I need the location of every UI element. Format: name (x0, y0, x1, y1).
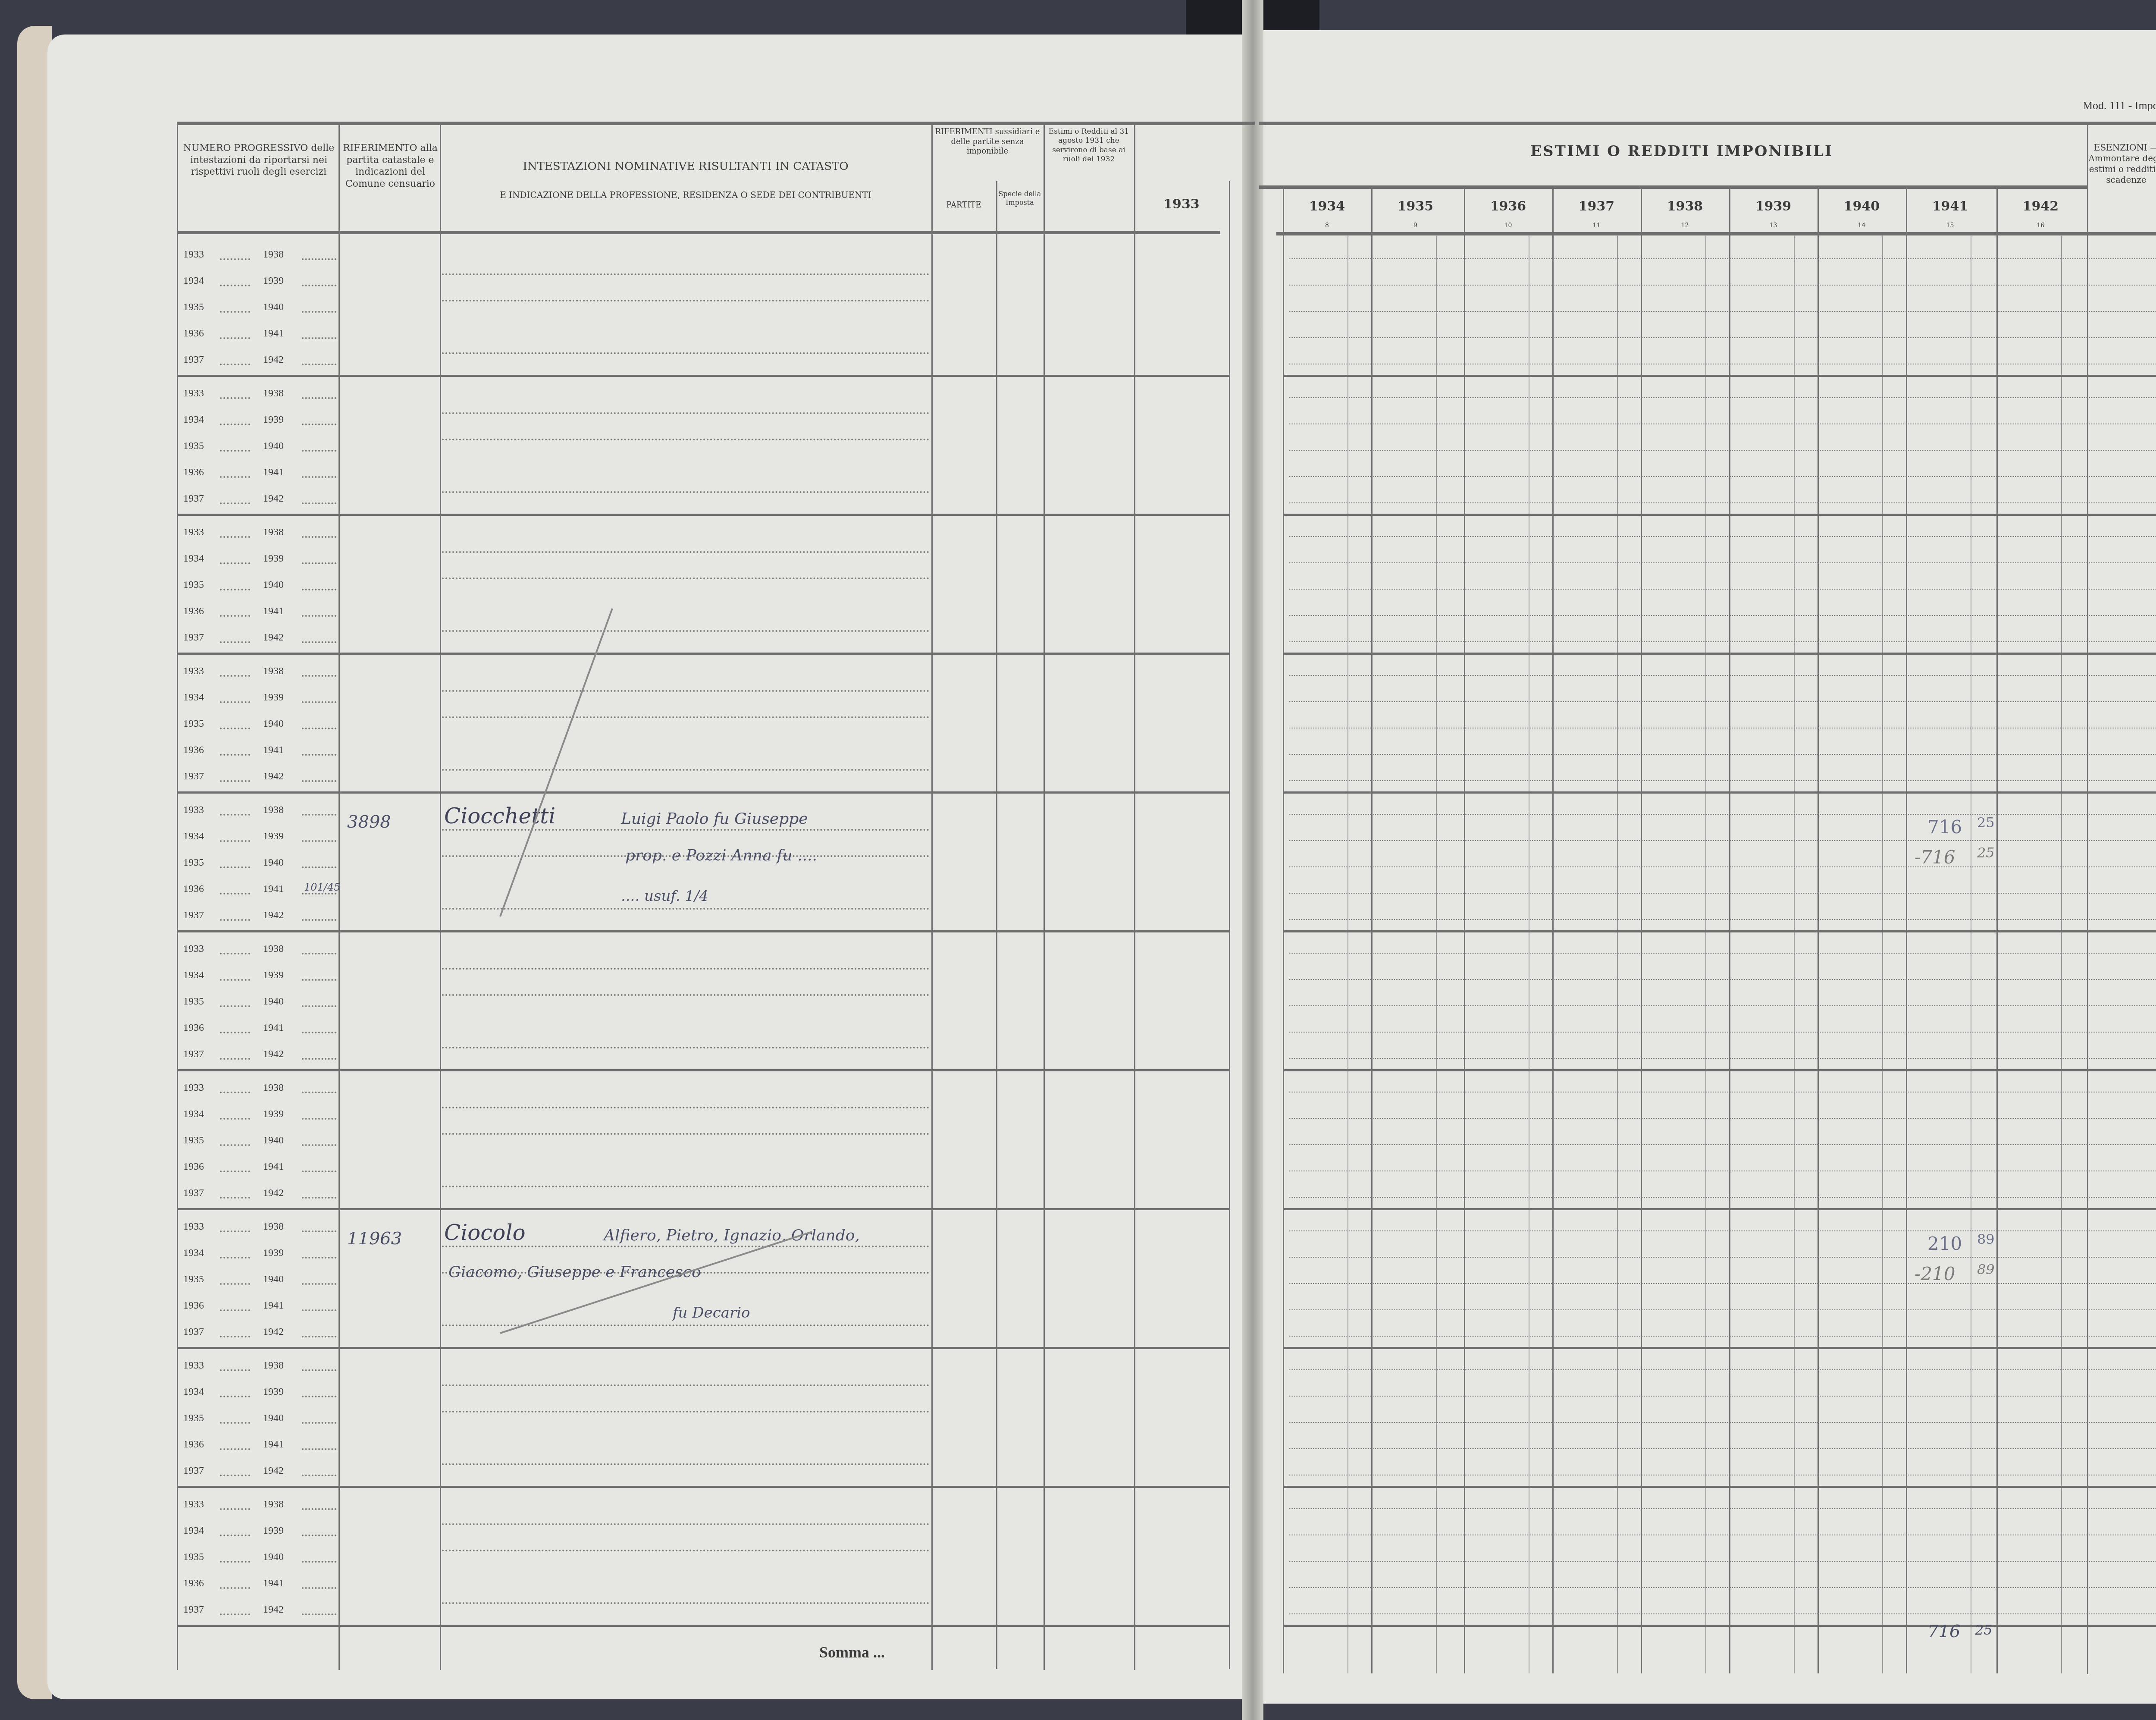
page-stack-left (17, 26, 52, 1699)
right-title: ESTIMI O REDDITI IMPONIBILI (1294, 142, 2070, 161)
year-b: 1940 (263, 996, 284, 1008)
year-b: 1942 (263, 771, 284, 782)
year-a: 1934 (183, 553, 204, 565)
block-rule-right (1283, 375, 2156, 377)
year-a: 1935 (183, 301, 204, 313)
dotted-line (302, 1144, 336, 1146)
amount-1941: 716 (1927, 816, 1962, 838)
entry-detail-3: fu Decario (673, 1304, 750, 1321)
dotted-line (302, 675, 336, 677)
dotted-line (220, 1396, 250, 1397)
riferimento-2: 101/45 (304, 881, 340, 893)
entry-detail-1: Alfiero, Pietro, Ignazio, Orlando, (604, 1227, 860, 1244)
right-col-div (2087, 122, 2088, 1674)
year-header: 1941 (1906, 198, 1994, 215)
dotted-line (302, 1257, 336, 1259)
col-number: 14 (1818, 222, 1906, 230)
year-a: 1937 (183, 632, 204, 643)
year-b: 1942 (263, 632, 284, 643)
year-b: 1938 (263, 249, 284, 261)
form-code: Mod. 111 - Imposte Dirette (Intercalare)… (2083, 99, 2156, 112)
year-a: 1934 (183, 970, 204, 981)
somma-label: Somma ... (819, 1643, 885, 1661)
header-col1: NUMERO PROGRESSIVO delle intestazioni da… (179, 142, 338, 178)
amount-1941: 210 (1927, 1233, 1962, 1254)
dotted-line (302, 1230, 336, 1232)
dotted-line (1289, 1230, 2156, 1231)
year-b: 1939 (263, 1386, 284, 1398)
left-col-div (931, 122, 933, 1670)
dotted-line (220, 1422, 250, 1424)
year-b: 1942 (263, 1465, 284, 1477)
year-b: 1941 (263, 1578, 284, 1589)
cents-col-div (1347, 235, 1348, 1673)
dotted-line (220, 1257, 250, 1259)
block-rule-left (177, 791, 1229, 794)
dotted-line (1289, 311, 2156, 312)
year-a: 1937 (183, 354, 204, 366)
dotted-line (302, 754, 336, 756)
riferimento: 3898 (347, 812, 391, 832)
name-line (442, 412, 929, 414)
year-a: 1937 (183, 771, 204, 782)
dotted-line (1289, 641, 2156, 642)
name-line (442, 1463, 929, 1465)
dotted-line (220, 701, 250, 703)
dotted-line (302, 919, 336, 921)
cents-1941: 25 (1977, 814, 1995, 831)
name-line (442, 300, 929, 301)
year-header: 1937 (1552, 198, 1641, 215)
year-a: 1937 (183, 493, 204, 505)
dotted-line (220, 258, 250, 260)
dotted-line (302, 424, 336, 425)
block-rule-right (1283, 653, 2156, 655)
dotted-line (1289, 1197, 2156, 1198)
amount-1941-cancel: -210 (1915, 1263, 1955, 1284)
year-b: 1938 (263, 527, 284, 538)
dotted-line (220, 1032, 250, 1033)
dotted-line (1289, 1118, 2156, 1119)
dotted-line (302, 1058, 336, 1060)
dotted-line (1289, 866, 2156, 867)
dotted-line (220, 1587, 250, 1589)
dotted-line (1289, 285, 2156, 286)
dotted-line (302, 1005, 336, 1007)
year-b: 1938 (263, 388, 284, 399)
cents-col-div (2061, 235, 2062, 1673)
year-b: 1941 (263, 744, 284, 756)
header-col2: RIFERIMENTO alla partita catastale e ind… (341, 142, 440, 190)
dotted-line (1289, 814, 2156, 815)
somma-1941: 716 (1927, 1622, 1960, 1642)
dotted-line (220, 1535, 250, 1536)
col-number: 15 (1906, 222, 1994, 230)
dotted-line (302, 1396, 336, 1397)
year-a: 1936 (183, 883, 204, 895)
block-rule-right (1283, 1069, 2156, 1071)
year-b: 1940 (263, 1274, 284, 1285)
dotted-line (302, 589, 336, 590)
year-header: 1939 (1729, 198, 1818, 215)
name-line (442, 908, 929, 910)
dotted-line (1289, 840, 2156, 841)
dotted-line (220, 754, 250, 756)
name-line (442, 578, 929, 579)
dotted-line (1289, 1422, 2156, 1423)
year-a: 1933 (183, 388, 204, 399)
dotted-line (302, 1535, 336, 1536)
dotted-line (220, 1283, 250, 1285)
block-rule-left (177, 1347, 1229, 1349)
year-a: 1937 (183, 1604, 204, 1616)
year-a: 1937 (183, 1048, 204, 1060)
right-sub-rule (1259, 185, 2087, 189)
dotted-line (302, 1092, 336, 1093)
year-b: 1941 (263, 1439, 284, 1450)
dotted-line (302, 780, 336, 782)
name-line (442, 1107, 929, 1108)
dotted-line (220, 1092, 250, 1093)
dotted-line (302, 1118, 336, 1120)
dotted-line (1289, 1171, 2156, 1171)
dotted-line (1289, 1508, 2156, 1509)
year-a: 1933 (183, 249, 204, 261)
block-rule-right (1283, 1347, 2156, 1349)
name-line (442, 1133, 929, 1135)
name-line (442, 1246, 929, 1247)
entry-detail-2: prop. e Pozzi Anna fu .... (625, 847, 817, 864)
dotted-line (302, 562, 336, 564)
dotted-line (220, 502, 250, 504)
dotted-line (302, 641, 336, 643)
dotted-line (220, 1144, 250, 1146)
year-a: 1933 (183, 1499, 204, 1510)
header-specie: Specie della Imposta (996, 190, 1044, 207)
name-line (442, 1186, 929, 1187)
name-line (442, 716, 929, 718)
dotted-line (302, 536, 336, 538)
dotted-line (220, 1475, 250, 1476)
dotted-line (220, 641, 250, 643)
cents-col-div (1882, 235, 1883, 1673)
year-b: 1939 (263, 1247, 284, 1259)
block-rule-right (1283, 1208, 2156, 1210)
dotted-line (302, 450, 336, 452)
block-rule-left (177, 930, 1229, 932)
year-a: 1934 (183, 1386, 204, 1398)
name-line (442, 491, 929, 493)
year-b: 1942 (263, 1048, 284, 1060)
dotted-line (1289, 1005, 2156, 1006)
dotted-line (220, 615, 250, 617)
dotted-line (220, 866, 250, 868)
left-header-rule (177, 231, 1220, 234)
year-b: 1938 (263, 1082, 284, 1094)
dotted-line (220, 893, 250, 895)
block-rule-right (1283, 1486, 2156, 1488)
name-line (442, 551, 929, 553)
name-line (442, 352, 929, 354)
year-a: 1936 (183, 1300, 204, 1312)
header-col6: Estimi o Redditi al 31 agosto 1931 che s… (1044, 127, 1134, 164)
year-a: 1936 (183, 467, 204, 478)
year-b: 1942 (263, 1326, 284, 1338)
dotted-line (302, 728, 336, 729)
dotted-line (1289, 424, 2156, 424)
dotted-line (220, 1369, 250, 1371)
entry-detail-3: .... usuf. 1/4 (621, 888, 708, 905)
dotted-line (302, 337, 336, 339)
year-a: 1937 (183, 1465, 204, 1477)
dotted-line (220, 814, 250, 816)
dotted-line (1289, 780, 2156, 781)
year-a: 1934 (183, 1108, 204, 1120)
dotted-line (302, 1587, 336, 1589)
year-header: 1935 (1371, 198, 1460, 215)
year-b: 1939 (263, 1525, 284, 1537)
year-b: 1939 (263, 414, 284, 426)
dotted-line (1289, 1475, 2156, 1475)
dotted-line (220, 953, 250, 954)
year-b: 1941 (263, 1022, 284, 1034)
dotted-line (220, 337, 250, 339)
block-rule-right (1283, 791, 2156, 794)
dotted-line (220, 728, 250, 729)
block-rule-left (177, 514, 1229, 516)
year-b: 1942 (263, 910, 284, 921)
dotted-line (220, 285, 250, 286)
dotted-line (302, 1561, 336, 1563)
dotted-line (1289, 536, 2156, 537)
dotted-line (220, 1336, 250, 1337)
dotted-line (302, 1309, 336, 1311)
riferimento: 11963 (347, 1229, 402, 1249)
dotted-line (1289, 1613, 2156, 1614)
year-a: 1935 (183, 1274, 204, 1285)
dotted-line (220, 589, 250, 590)
dotted-line (1289, 728, 2156, 728)
dotted-line (1289, 979, 2156, 980)
dotted-line (1289, 1587, 2156, 1588)
dotted-line (1289, 502, 2156, 503)
dotted-line (1289, 1369, 2156, 1370)
dotted-line (1289, 701, 2156, 702)
year-a: 1935 (183, 996, 204, 1008)
year-a: 1936 (183, 744, 204, 756)
entry-name: Ciocolo (444, 1220, 526, 1245)
block-rule-left (177, 375, 1229, 377)
year-a: 1936 (183, 606, 204, 617)
entry-detail-2: Giacomo, Giuseppe e Francesco (448, 1263, 701, 1281)
left-col-div (1044, 122, 1045, 1670)
year-b: 1942 (263, 1604, 284, 1616)
year-a: 1935 (183, 857, 204, 869)
dotted-line (220, 1058, 250, 1060)
year-b: 1940 (263, 1135, 284, 1146)
name-line (442, 630, 929, 632)
year-b: 1940 (263, 1412, 284, 1424)
header-col3-sub: E INDICAZIONE DELLA PROFESSIONE, RESIDEN… (440, 190, 931, 201)
name-line (442, 829, 929, 831)
block-rule-left (177, 1208, 1229, 1210)
dotted-line (220, 364, 250, 365)
year-a: 1937 (183, 910, 204, 921)
year-b: 1941 (263, 1300, 284, 1312)
col-number: 9 (1371, 222, 1460, 230)
col-number: 16 (1996, 222, 2085, 230)
dotted-line (220, 311, 250, 313)
name-line (442, 690, 929, 692)
dotted-line (302, 1336, 336, 1337)
cents-col-div (1529, 235, 1529, 1673)
dotted-line (1289, 1448, 2156, 1449)
amount-1941-cancel: -716 (1915, 847, 1955, 868)
year-b: 1941 (263, 467, 284, 478)
year-b: 1942 (263, 1187, 284, 1199)
dotted-line (1289, 919, 2156, 920)
dotted-line (302, 1283, 336, 1285)
year-header: 1942 (1996, 198, 2085, 215)
cents-col-div (1436, 235, 1437, 1673)
dotted-line (302, 1613, 336, 1615)
year-b: 1938 (263, 1499, 284, 1510)
name-line (442, 1523, 929, 1525)
cents-1941-cancel: 25 (1977, 844, 1995, 861)
year-b: 1942 (263, 493, 284, 505)
year-b: 1941 (263, 606, 284, 617)
dotted-line (1289, 1309, 2156, 1310)
entry-detail-1: Luigi Paolo fu Giuseppe (621, 810, 808, 828)
dotted-line (302, 1475, 336, 1476)
dotted-line (302, 840, 336, 842)
year-a: 1933 (183, 665, 204, 677)
block-rule-left (177, 1625, 1229, 1627)
header-col45: RIFERIMENTI sussidiari e delle partite s… (931, 127, 1044, 157)
dotted-line (1289, 562, 2156, 563)
year-b: 1940 (263, 857, 284, 869)
name-line (442, 439, 929, 440)
year-b: 1941 (263, 1161, 284, 1173)
name-line (442, 1384, 929, 1386)
dotted-line (302, 258, 336, 260)
year-a: 1934 (183, 831, 204, 842)
left-border (177, 122, 178, 1670)
dotted-line (302, 1032, 336, 1033)
year-b: 1940 (263, 301, 284, 313)
dotted-line (220, 1171, 250, 1172)
year-b: 1938 (263, 665, 284, 677)
year-a: 1933 (183, 1082, 204, 1094)
header-1933: 1933 (1134, 196, 1229, 213)
dotted-line (1289, 476, 2156, 477)
dotted-line (220, 424, 250, 425)
year-b: 1939 (263, 553, 284, 565)
name-line (442, 273, 929, 275)
right-top-rule (1259, 122, 2156, 125)
dotted-line (1289, 615, 2156, 616)
dotted-line (302, 1171, 336, 1172)
year-b: 1940 (263, 718, 284, 730)
dotted-line (220, 979, 250, 981)
dotted-line (1289, 1535, 2156, 1535)
name-line (442, 1325, 929, 1326)
year-a: 1933 (183, 1360, 204, 1372)
year-a: 1934 (183, 692, 204, 703)
year-header: 1938 (1641, 198, 1729, 215)
col-number: 13 (1729, 222, 1818, 230)
year-a: 1935 (183, 579, 204, 591)
dotted-line (220, 919, 250, 921)
left-col-div (440, 122, 441, 1670)
dotted-line (302, 285, 336, 286)
dotted-line (220, 1508, 250, 1510)
dotted-line (302, 476, 336, 478)
col-number: 12 (1641, 222, 1729, 230)
left-col-div (996, 181, 997, 1669)
block-rule-left (177, 1486, 1229, 1488)
year-a: 1935 (183, 1412, 204, 1424)
dotted-line (1289, 1283, 2156, 1284)
dotted-line (220, 1448, 250, 1450)
block-rule-left (177, 653, 1229, 655)
year-header: 1940 (1818, 198, 1906, 215)
dotted-line (302, 953, 336, 954)
col-number: 10 (1464, 222, 1552, 230)
dotted-line (220, 1197, 250, 1199)
year-b: 1939 (263, 831, 284, 842)
dotted-line (302, 615, 336, 617)
dotted-line (1289, 589, 2156, 590)
left-col-div (338, 122, 340, 1670)
left-col-div (1229, 181, 1230, 1669)
cents-col-div (1971, 235, 1971, 1673)
year-b: 1938 (263, 1360, 284, 1372)
year-b: 1939 (263, 970, 284, 981)
name-line (442, 994, 929, 996)
year-b: 1942 (263, 354, 284, 366)
dotted-line (302, 979, 336, 981)
name-line (442, 968, 929, 970)
dotted-line (1289, 1336, 2156, 1337)
dotted-line (302, 866, 336, 868)
dotted-line (302, 1508, 336, 1510)
year-a: 1933 (183, 1221, 204, 1233)
dotted-line (220, 1118, 250, 1120)
dotted-line (220, 1613, 250, 1615)
dotted-line (1289, 1092, 2156, 1092)
header-esenzioni: ESENZIONI — Ammontare degli estimi o red… (2088, 142, 2156, 185)
name-line (442, 1550, 929, 1551)
dotted-line (302, 311, 336, 313)
left-col-div (1134, 122, 1135, 1670)
header-col3-title: INTESTAZIONI NOMINATIVE RISULTANTI IN CA… (440, 160, 931, 174)
book-gutter (1242, 0, 1263, 1720)
dotted-line (302, 502, 336, 504)
year-b: 1938 (263, 1221, 284, 1233)
name-line (442, 769, 929, 771)
dotted-line (1289, 364, 2156, 364)
cents-col-div (1617, 235, 1618, 1673)
dotted-line (1289, 1058, 2156, 1059)
dotted-line (1289, 893, 2156, 894)
year-b: 1939 (263, 692, 284, 703)
year-a: 1936 (183, 1161, 204, 1173)
cents-1941: 89 (1977, 1231, 1995, 1247)
name-line (442, 1411, 929, 1412)
dotted-line (1289, 754, 2156, 755)
year-b: 1938 (263, 804, 284, 816)
